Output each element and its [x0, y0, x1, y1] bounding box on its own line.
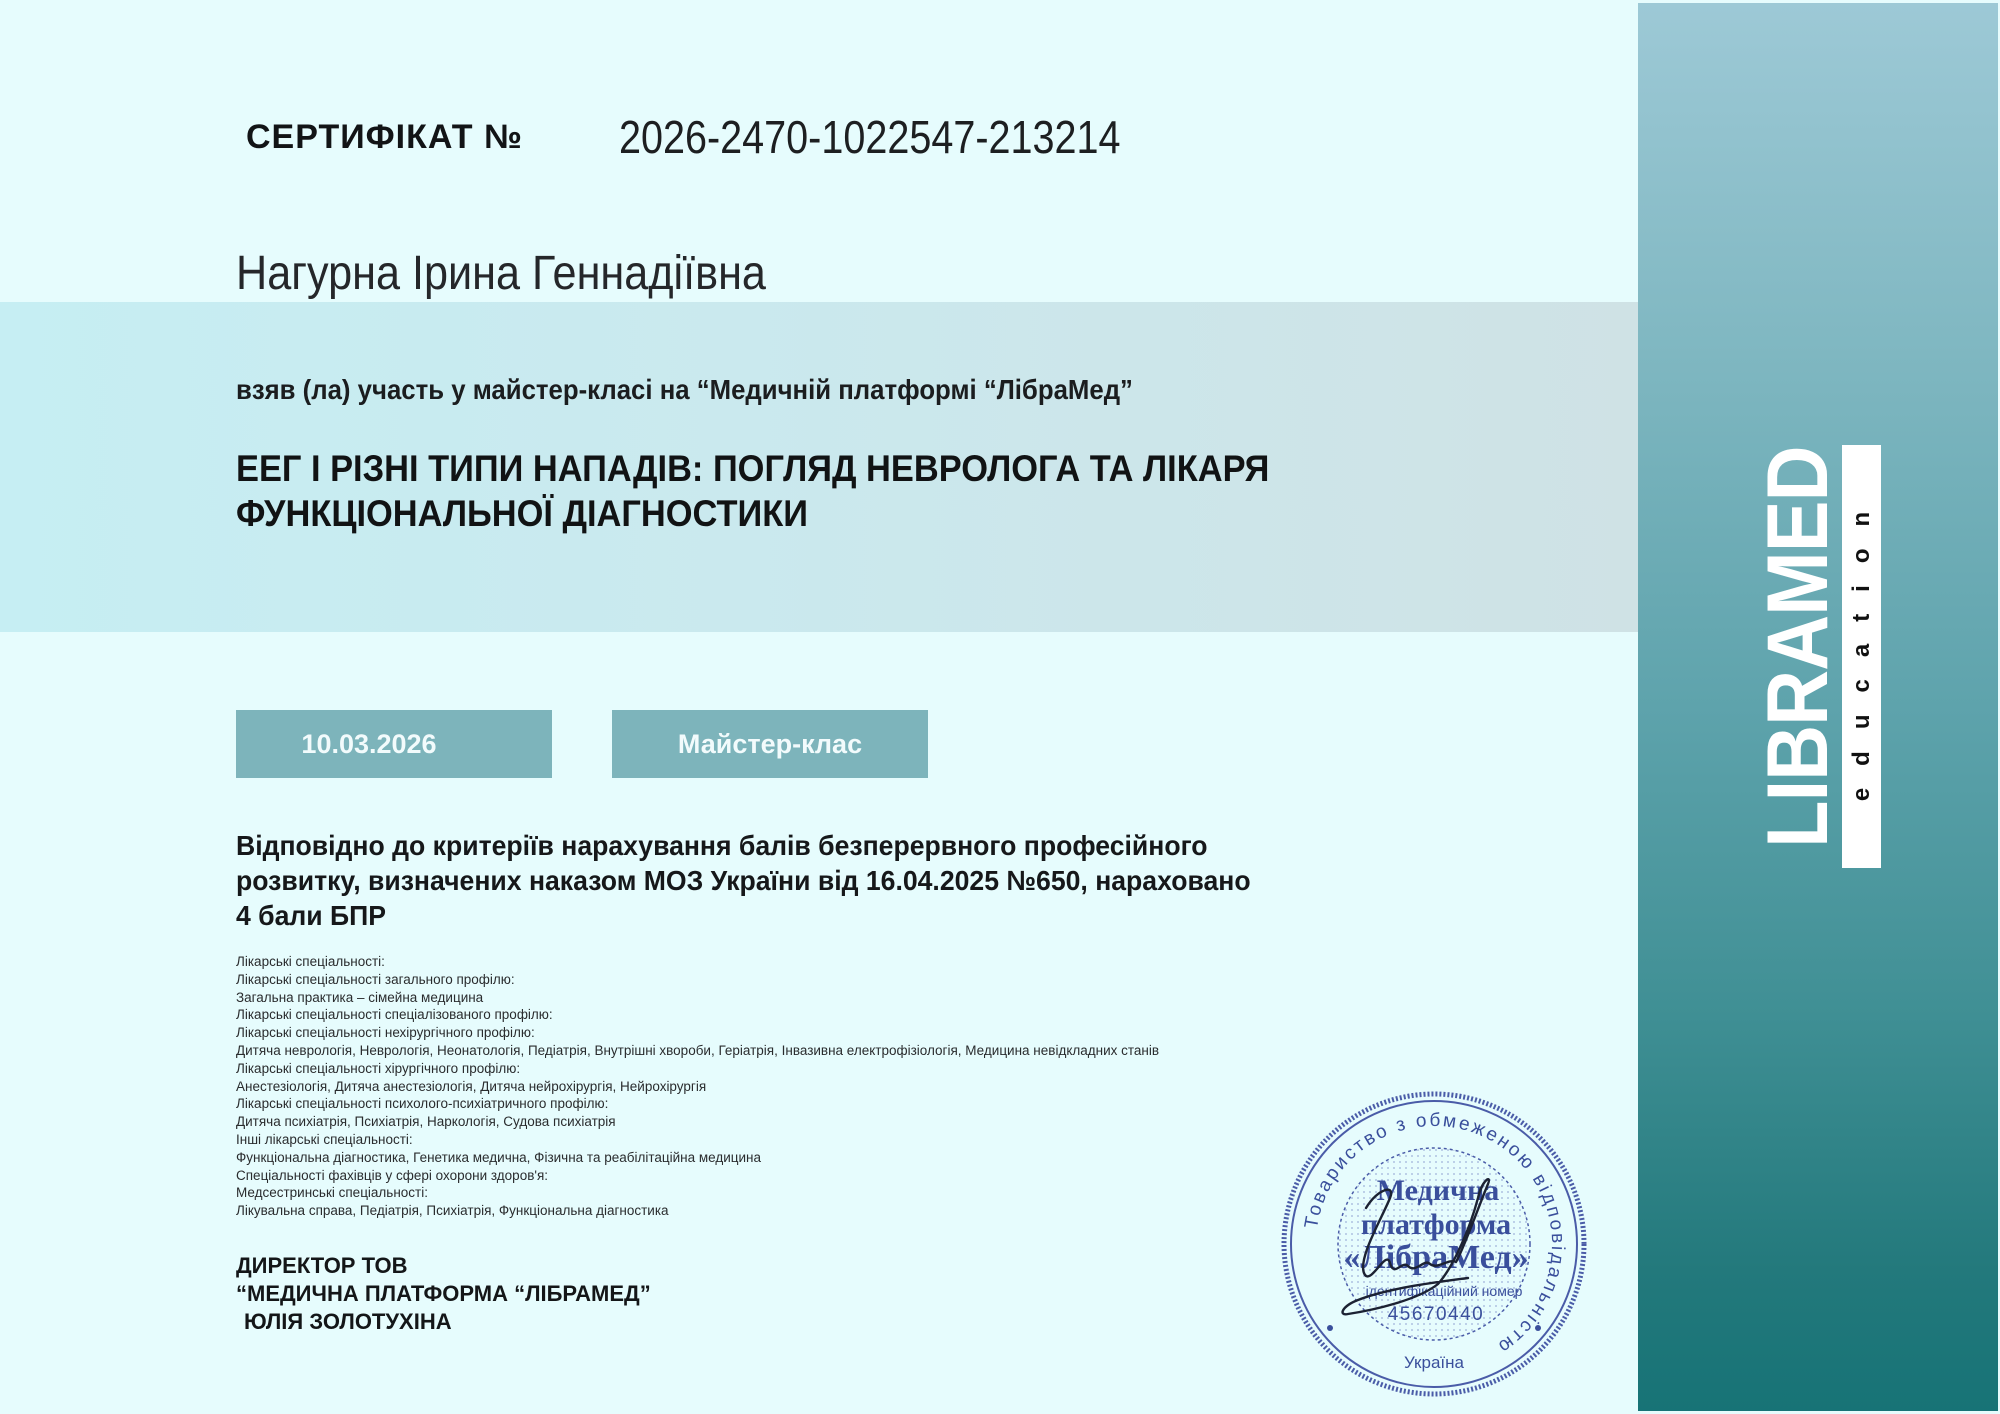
director-title: ДИРЕКТОР ТОВ [236, 1252, 651, 1280]
specialty-line: Лікарські спеціальності хірургічного про… [236, 1060, 1159, 1078]
specialty-line: Дитяча психіатрія, Психіатрія, Наркологі… [236, 1113, 1159, 1131]
specialties-list: Лікарські спеціальності:Лікарські спеціа… [236, 953, 1159, 1220]
specialty-line: Лікарські спеціальності психолого-психіа… [236, 1095, 1159, 1113]
specialty-line: Спеціальності фахівців у сфері охорони з… [236, 1167, 1159, 1185]
libramed-logo: LIBRAMED education [1762, 445, 1882, 870]
event-date: 10.03.2026 [301, 729, 436, 760]
specialty-line: Медсестринські спеціальності: [236, 1184, 1159, 1202]
stamp-id-number: 45670440 [1388, 1304, 1485, 1325]
company-seal-stamp: Товариство з обмеженою відповідальністю … [1278, 1088, 1590, 1400]
specialty-line: Дитяча неврологія, Неврологія, Неонатоло… [236, 1042, 1159, 1060]
company-name: “МЕДИЧНА ПЛАТФОРМА “ЛІБРАМЕД” [236, 1280, 651, 1308]
certificate-label: СЕРТИФІКАТ № [246, 118, 523, 157]
specialty-line: Лікарські спеціальності нехірургічного п… [236, 1024, 1159, 1042]
event-type-badge: Майстер-клас [612, 710, 928, 778]
logo-wordmark: LIBRAMED [1762, 445, 1834, 870]
course-title: ЕЕГ І РІЗНІ ТИПИ НАПАДІВ: ПОГЛЯД НЕВРОЛО… [236, 446, 1536, 536]
stamp-dot [1327, 1325, 1333, 1331]
specialty-line: Лікарські спеціальності загального профі… [236, 971, 1159, 989]
logo-tagline: education [1842, 445, 1881, 868]
bpr-line: Відповідно до критеріїв нарахування балі… [236, 828, 1471, 863]
recipient-name: Нагурна Ірина Геннадіївна [236, 246, 766, 301]
stamp-country: Україна [1404, 1353, 1464, 1372]
specialty-line: Функціональна діагностика, Генетика меди… [236, 1149, 1159, 1167]
course-title-line: ЕЕГ І РІЗНІ ТИПИ НАПАДІВ: ПОГЛЯД НЕВРОЛО… [236, 446, 1445, 491]
stamp-dot [1535, 1325, 1541, 1331]
specialty-line: Загальна практика – сімейна медицина [236, 989, 1159, 1007]
certificate-number: 2026-2470-1022547-213214 [619, 110, 1121, 164]
bpr-line: розвитку, визначених наказом МОЗ України… [236, 863, 1471, 898]
date-badge: 10.03.2026 [236, 710, 552, 778]
stamp-center-line: «ЛібраМед» [1343, 1239, 1528, 1276]
specialty-line: Лікарські спеціальності спеціалізованого… [236, 1006, 1159, 1024]
specialty-line: Інші лікарські спеціальності: [236, 1131, 1159, 1149]
course-title-line: ФУНКЦІОНАЛЬНОЇ ДІАГНОСТИКИ [236, 491, 1445, 536]
specialty-line: Лікувальна справа, Педіатрія, Психіатрія… [236, 1202, 1159, 1220]
participation-statement: взяв (ла) участь у майстер-класі на “Мед… [236, 374, 1133, 406]
bpr-line: 4 бали БПР [236, 898, 1471, 933]
director-name: ЮЛІЯ ЗОЛОТУХІНА [236, 1308, 651, 1336]
bpr-statement: Відповідно до критеріїв нарахування балі… [236, 828, 1536, 933]
logo-tagline-strip: education [1842, 445, 1881, 868]
event-type: Майстер-клас [678, 729, 862, 760]
specialty-line: Анестезіологія, Дитяча анестезіологія, Д… [236, 1078, 1159, 1096]
specialty-line: Лікарські спеціальності: [236, 953, 1159, 971]
director-signature-block: ДИРЕКТОР ТОВ “МЕДИЧНА ПЛАТФОРМА “ЛІБРАМЕ… [236, 1252, 651, 1336]
